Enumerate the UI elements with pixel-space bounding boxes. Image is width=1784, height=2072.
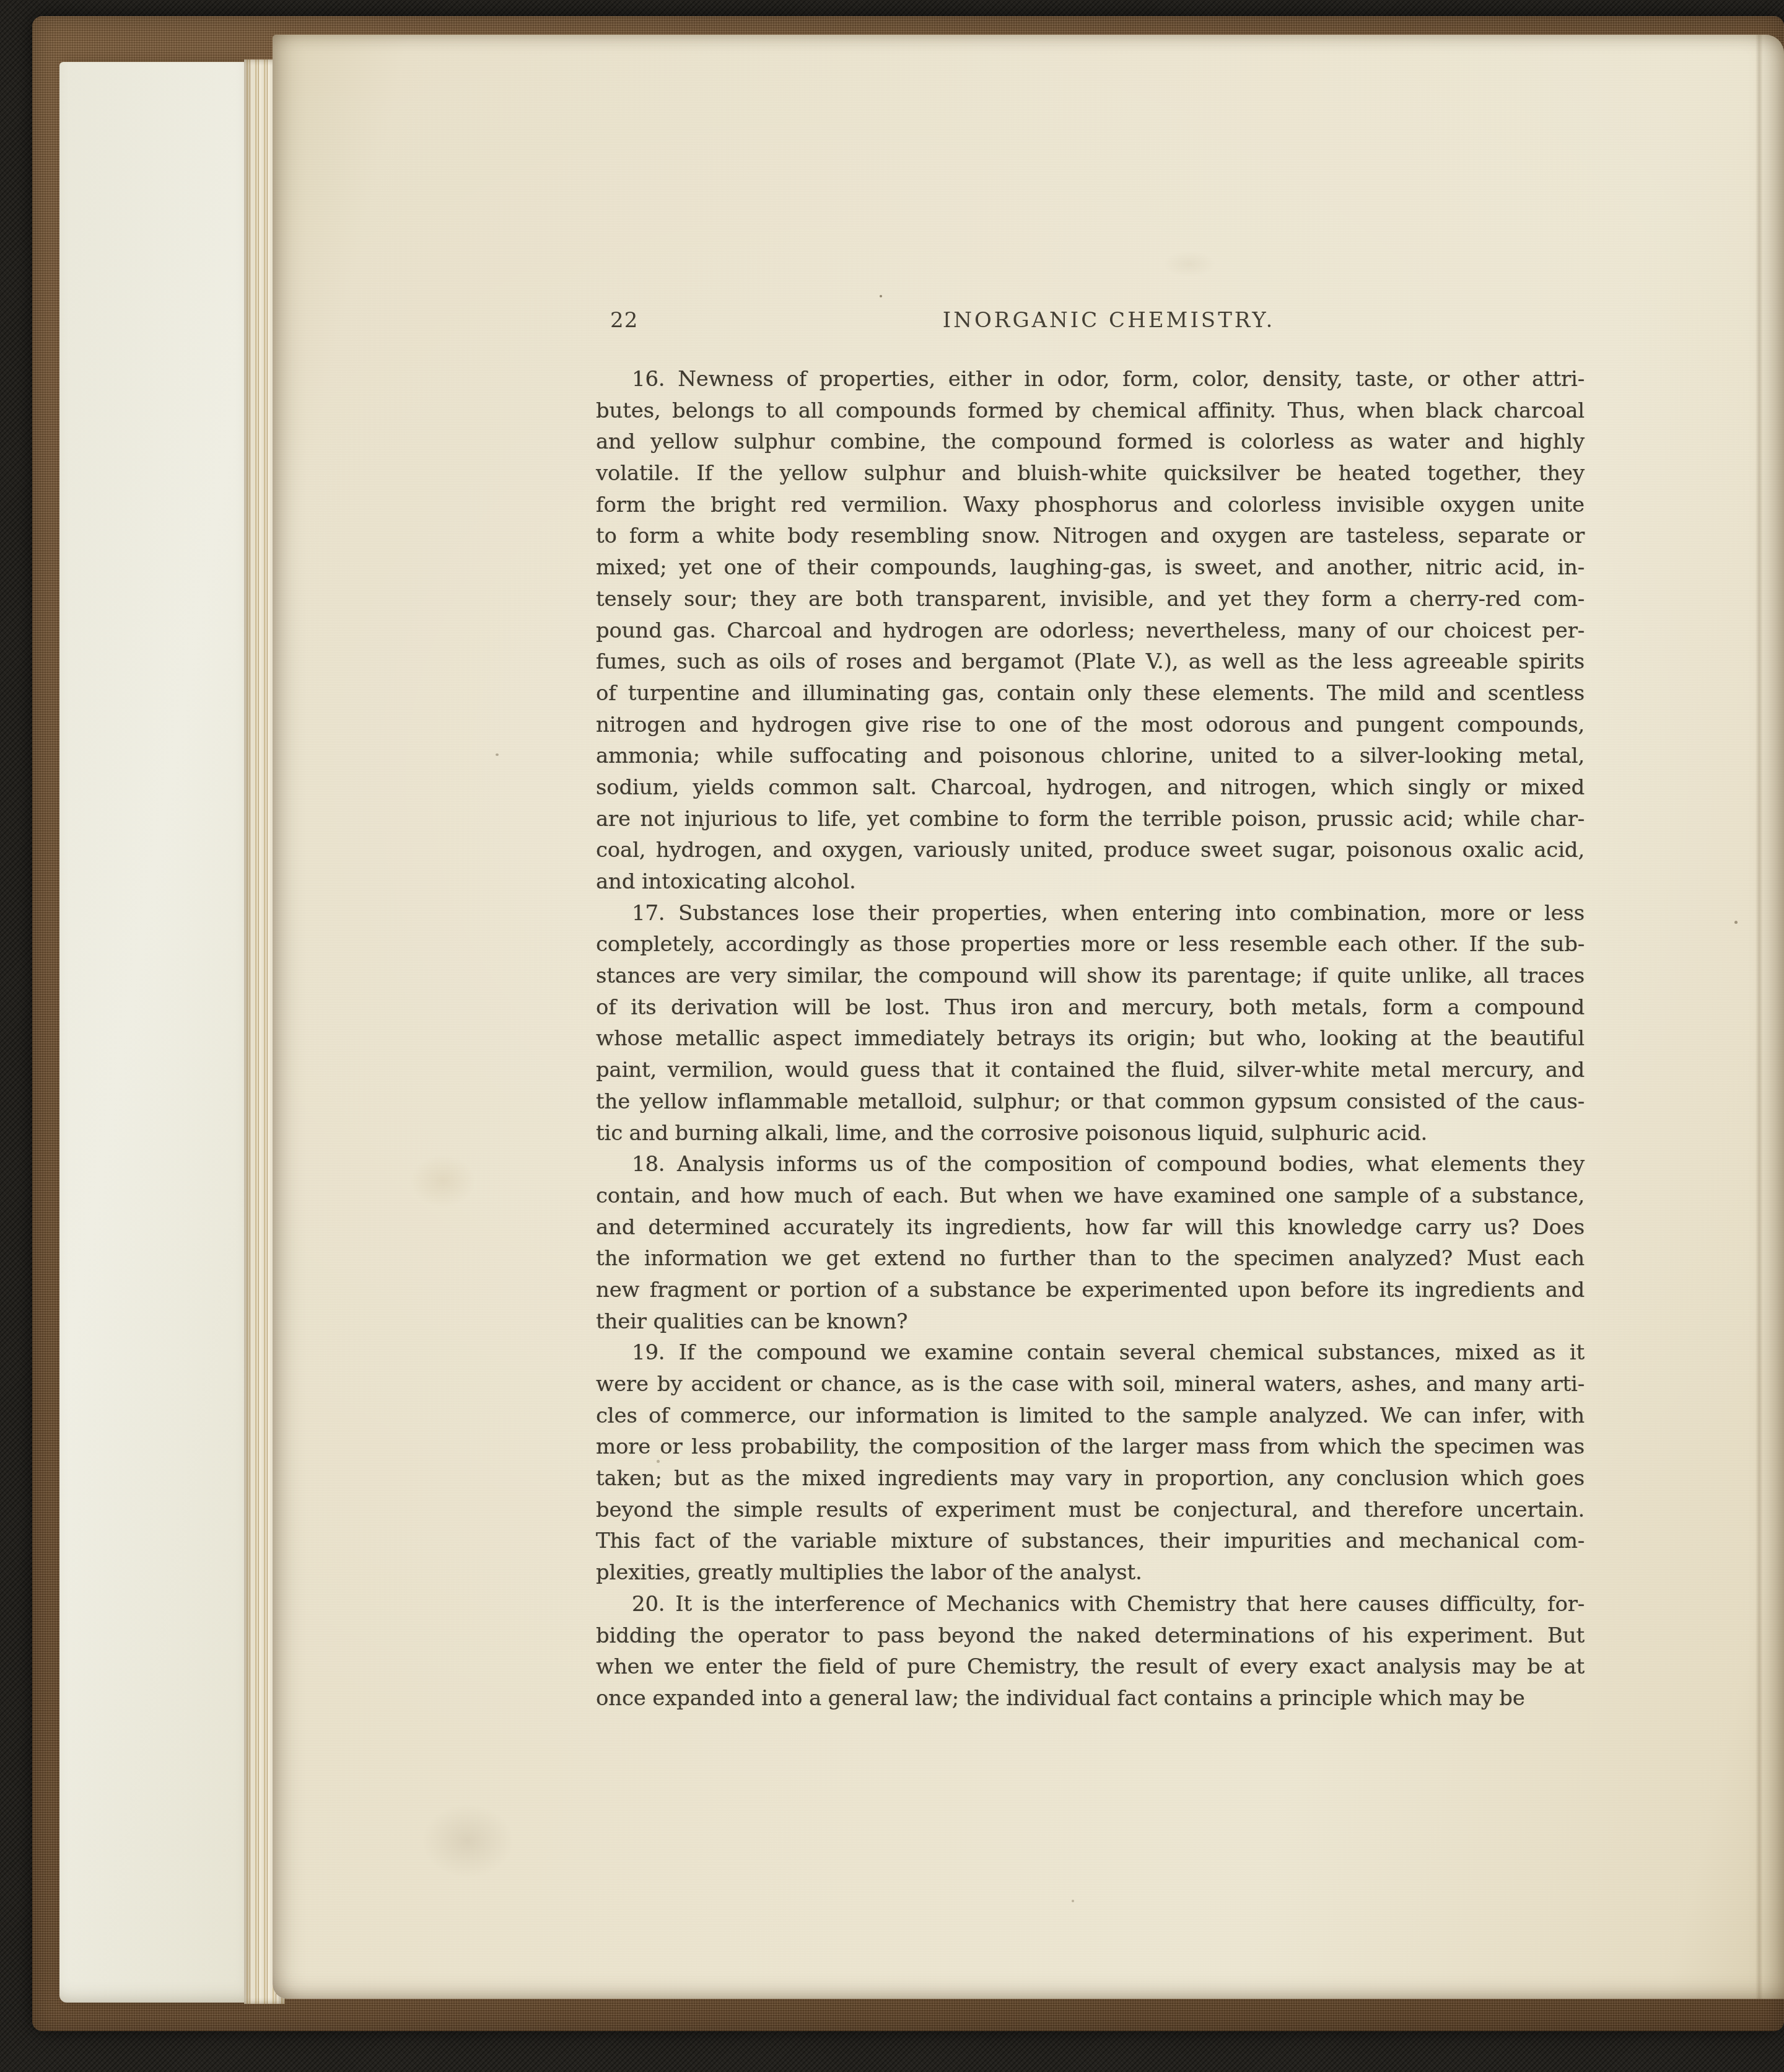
paragraph-19-line-7: This fact of the variable mixture of sub… xyxy=(596,1525,1585,1557)
paragraph-17-line-7: the yellow inflammable metalloid, sulphu… xyxy=(596,1086,1585,1118)
page-number: 22 xyxy=(610,305,638,336)
paragraph-17-line-8: tic and burning alkali, lime, and the co… xyxy=(596,1118,1585,1149)
paragraph-18-line-4: the information we get extend no further… xyxy=(596,1243,1585,1275)
paragraph-18-line-6: their qualities can be known? xyxy=(596,1306,1585,1338)
paragraph-16-line-5: form the bright red vermilion. Waxy phos… xyxy=(596,489,1585,521)
running-title: INORGANIC CHEMISTRY. xyxy=(943,305,1275,336)
paragraph-16-line-14: sodium, yields common salt. Charcoal, hy… xyxy=(596,772,1585,804)
paragraph-16-line-4: volatile. If the yellow sulphur and blui… xyxy=(596,458,1585,489)
paragraph-19-line-3: cles of commerce, our information is lim… xyxy=(596,1400,1585,1432)
book-photograph: 22 INORGANIC CHEMISTRY. 16. Newness of p… xyxy=(0,0,1784,2072)
paragraph-20-line-2: bidding the operator to pass beyond the … xyxy=(596,1620,1585,1652)
paragraph-17-line-6: paint, vermilion, would guess that it co… xyxy=(596,1055,1585,1086)
paper-speck xyxy=(1734,921,1738,924)
paragraph-16-line-13: ammonia; while suffocating and poisonous… xyxy=(596,740,1585,772)
paragraph-16-line-3: and yellow sulphur combine, the compound… xyxy=(596,426,1585,458)
paragraph-16-line-15: are not injurious to life, yet combine t… xyxy=(596,804,1585,835)
paragraph-19-line-5: taken; but as the mixed ingredients may … xyxy=(596,1463,1585,1495)
flyleaf-page xyxy=(59,62,244,2003)
paragraph-19-line-2: were by accident or chance, as is the ca… xyxy=(596,1369,1585,1400)
paragraph-20-line-3: when we enter the field of pure Chemistr… xyxy=(596,1651,1585,1683)
book-page: 22 INORGANIC CHEMISTRY. 16. Newness of p… xyxy=(273,35,1784,1999)
paragraph-16-line-12: nitrogen and hydrogen give rise to one o… xyxy=(596,709,1585,741)
paper-stain xyxy=(396,1144,489,1218)
paragraph-18-line-1: 18. Analysis informs us of the compositi… xyxy=(596,1149,1585,1180)
text-block: 16. Newness of properties, either in odo… xyxy=(596,364,1585,1714)
paragraph-16-line-2: butes, belongs to all compounds formed b… xyxy=(596,395,1585,427)
paragraph-16-line-9: pound gas. Charcoal and hydrogen are odo… xyxy=(596,615,1585,647)
paragraph-18-line-5: new fragment or portion of a substance b… xyxy=(596,1275,1585,1306)
paper-stain xyxy=(1152,245,1226,283)
paper-speck xyxy=(880,295,882,297)
paragraph-16-line-16: coal, hydrogen, and oxygen, variously un… xyxy=(596,835,1585,866)
paragraph-18-line-2: contain, and how much of each. But when … xyxy=(596,1180,1585,1212)
paragraph-16-line-6: to form a white body resembling snow. Ni… xyxy=(596,520,1585,552)
paragraph-16-line-17: and intoxicating alcohol. xyxy=(596,866,1585,898)
paragraph-16-line-11: of turpentine and illuminating gas, cont… xyxy=(596,678,1585,709)
paragraph-16-line-8: tensely sour; they are both transparent,… xyxy=(596,584,1585,615)
paragraph-17-line-3: stances are very similar, the compound w… xyxy=(596,960,1585,992)
paper-speck xyxy=(1072,1900,1074,1902)
paragraph-16-line-7: mixed; yet one of their compounds, laugh… xyxy=(596,552,1585,584)
paragraph-16-line-10: fumes, such as oils of roses and bergamo… xyxy=(596,646,1585,678)
paragraph-17-line-2: completely, accordingly as those propert… xyxy=(596,929,1585,960)
paragraph-17-line-1: 17. Substances lose their properties, wh… xyxy=(596,898,1585,929)
paragraph-17-line-4: of its derivation will be lost. Thus iro… xyxy=(596,992,1585,1024)
paragraph-19-line-4: more or less probability, the compositio… xyxy=(596,1431,1585,1463)
paper-speck xyxy=(496,753,499,756)
paragraph-19-line-6: beyond the simple results of experiment … xyxy=(596,1495,1585,1526)
paragraph-16-line-1: 16. Newness of properties, either in odo… xyxy=(596,364,1585,395)
paragraph-20-line-4: once expanded into a general law; the in… xyxy=(596,1683,1585,1714)
paper-stain xyxy=(403,1788,533,1894)
paragraph-19-line-8: plexities, greatly multiplies the labor … xyxy=(596,1557,1585,1589)
paragraph-20-line-1: 20. It is the interference of Mechanics … xyxy=(596,1589,1585,1620)
paragraph-18-line-3: and determined accurately its ingredient… xyxy=(596,1212,1585,1244)
paragraph-17-line-5: whose metallic aspect immediately betray… xyxy=(596,1023,1585,1055)
paragraph-19-line-1: 19. If the compound we examine contain s… xyxy=(596,1337,1585,1369)
